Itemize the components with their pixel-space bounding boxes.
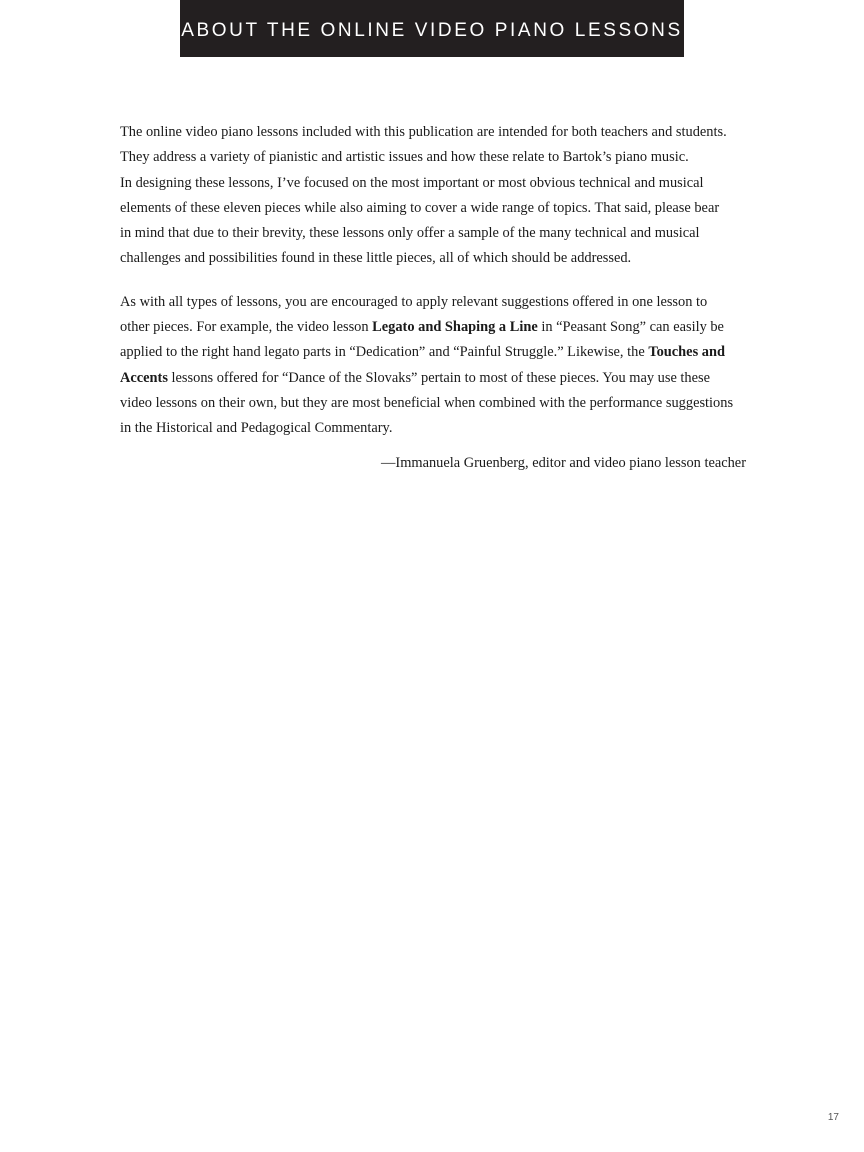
- text-segment: other pieces. For example, the video les…: [120, 319, 372, 335]
- text-segment: lessons offered for “Dance of the Slovak…: [168, 370, 710, 386]
- author-signature: —Immanuela Gruenberg, editor and video p…: [120, 451, 746, 476]
- text-line: As with all types of lessons, you are en…: [120, 290, 746, 315]
- lesson-title-legato: Legato and Shaping a Line: [372, 319, 538, 335]
- page-number: 17: [828, 1112, 839, 1123]
- text-line: in mind that due to their brevity, these…: [120, 221, 746, 246]
- text-line: other pieces. For example, the video les…: [120, 315, 746, 340]
- text-line: The online video piano lessons included …: [120, 120, 746, 145]
- article-body: The online video piano lessons included …: [120, 120, 746, 476]
- text-segment: applied to the right hand legato parts i…: [120, 344, 648, 360]
- lesson-title-accents: Accents: [120, 370, 168, 386]
- section-title: ABOUT THE ONLINE VIDEO PIANO LESSONS: [181, 20, 683, 42]
- text-line: elements of these eleven pieces while al…: [120, 196, 746, 221]
- paragraph-intro: The online video piano lessons included …: [120, 120, 746, 272]
- text-line: Accents lessons offered for “Dance of th…: [120, 366, 746, 391]
- text-line: They address a variety of pianistic and …: [120, 145, 746, 170]
- text-line: video lessons on their own, but they are…: [120, 391, 746, 416]
- text-line: In designing these lessons, I’ve focused…: [120, 171, 746, 196]
- lesson-title-touches: Touches and: [648, 344, 725, 360]
- paragraph-usage: As with all types of lessons, you are en…: [120, 290, 746, 442]
- text-segment: in “Peasant Song” can easily be: [538, 319, 724, 335]
- text-line: applied to the right hand legato parts i…: [120, 340, 746, 365]
- text-line: challenges and possibilities found in th…: [120, 246, 746, 271]
- text-line: in the Historical and Pedagogical Commen…: [120, 416, 746, 441]
- section-header-bar: ABOUT THE ONLINE VIDEO PIANO LESSONS: [180, 0, 684, 57]
